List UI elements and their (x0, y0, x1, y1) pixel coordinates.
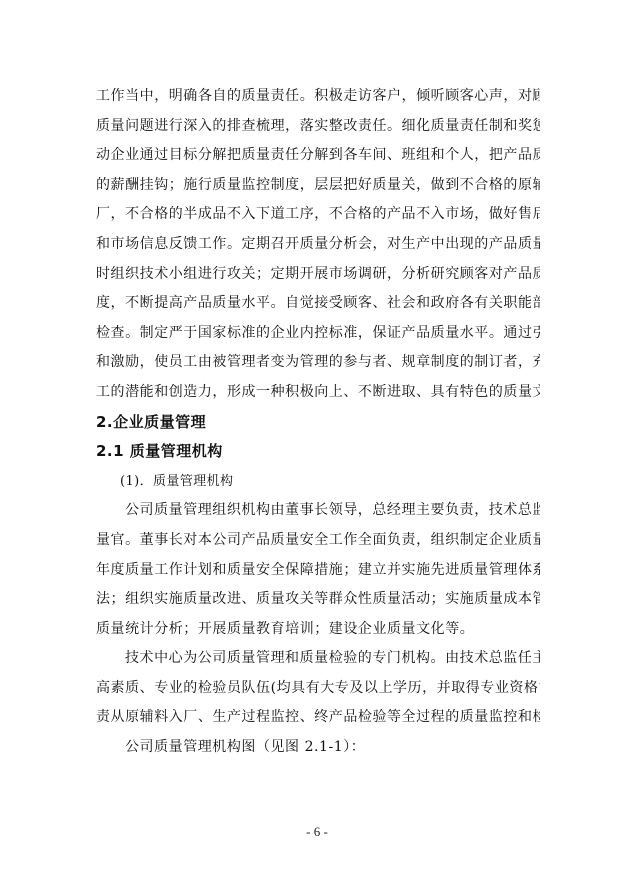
text-line: 和市场信息反馈工作。定期召开质量分析会，对生产中出现的产品质量问题，及 (96, 230, 540, 260)
paragraph-technical-center: 技术中心为公司质量管理和质量检验的专门机构。由技术总监任主任，下设 高素质、专业… (96, 644, 540, 733)
text-line: 厂，不合格的半成品不入下道工序，不合格的产品不入市场，做好售后跟踪服务 (96, 200, 540, 230)
text-line: 动企业通过目标分解把质量责任分解到各车间、班组和个人，把产品质量同员工 (96, 141, 540, 171)
text-line: 工的潜能和创造力，形成一种积极向上、不断进取、具有特色的质量文化氛围。 (96, 378, 540, 408)
figure-reference: 公司质量管理机构图（见图 2.1-1）： (96, 733, 540, 763)
item-heading: (1)．质量管理机构 (96, 467, 540, 497)
paragraph-quality-culture: 工作当中，明确各自的质量责任。积极走访客户，倾听顾客心声，对顾客反映的 质量问题… (96, 82, 540, 408)
subsection-heading: 2.1 质量管理机构 (96, 437, 540, 467)
text-line: 和激励，使员工由被管理者变为管理的参与者、规章制度的制订者，充分挖掘员 (96, 348, 540, 378)
text-line: 高素质、专业的检验员队伍(均具有大专及以上学历，并取得专业资格证书)。 负 (96, 674, 540, 704)
text-line: 量官。董事长对本公司产品质量安全工作全面负责，组织制定企业质量发展战略、 (96, 526, 540, 556)
section-heading: 2.企业质量管理 (96, 408, 540, 438)
page-number: - 6 - (0, 824, 634, 840)
text-line: 公司质量管理组织机构由董事长领导，总经理主要负责，技术总监任首席质 (96, 496, 540, 526)
text-line: 时组织技术小组进行攻关；定期开展市场调研，分析研究顾客对产品质量的满意 (96, 260, 540, 290)
text-line: 度，不断提高产品质量水平。自觉接受顾客、社会和政府各有关职能部门的监督 (96, 289, 540, 319)
text-line: 工作当中，明确各自的质量责任。积极走访客户，倾听顾客心声，对顾客反映的 (96, 82, 540, 112)
document-page: 工作当中，明确各自的质量责任。积极走访客户，倾听顾客心声，对顾客反映的 质量问题… (96, 82, 540, 763)
text-line: 责从原辅料入厂、生产过程监控、终产品检验等全过程的质量监控和检验活动。 (96, 703, 540, 733)
text-line: 法；组织实施质量改进、质量攻关等群众性质量活动；实施质量成本管理，加强 (96, 585, 540, 615)
paragraph-organization: 公司质量管理组织机构由董事长领导，总经理主要负责，技术总监任首席质 量官。董事长… (96, 496, 540, 644)
text-line: 年度质量工作计划和质量安全保障措施；建立并实施先进质量管理体系和管理方 (96, 556, 540, 586)
text-line: 技术中心为公司质量管理和质量检验的专门机构。由技术总监任主任，下设 (96, 644, 540, 674)
text-line: 的薪酬挂钩；施行质量监控制度，层层把好质量关，做到不合格的原辅材料不入 (96, 171, 540, 201)
text-line: 检查。制定严于国家标准的企业内控标准，保证产品质量水平。通过引导、授权 (96, 319, 540, 349)
text-line: 质量统计分析；开展质量教育培训；建设企业质量文化等。 (96, 615, 540, 645)
text-line: 质量问题进行深入的排查梳理，落实整改责任。细化质量责任制和奖惩措施，推 (96, 112, 540, 142)
